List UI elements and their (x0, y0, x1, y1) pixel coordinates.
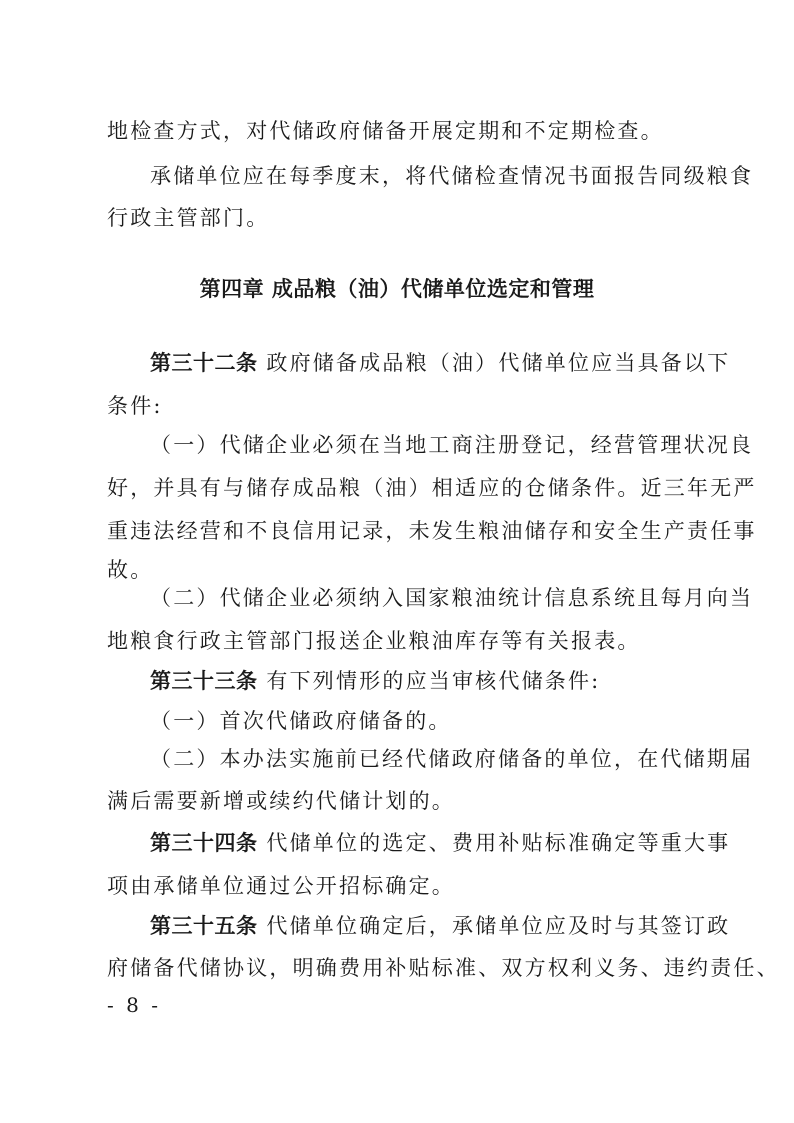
paragraph-line: 项由承储单位通过公开招标确定。 (107, 873, 455, 899)
paragraph-line: 重违法经营和不良信用记录，未发生粮油储存和安全生产责任事 (107, 518, 757, 544)
paragraph-line: 故。 (107, 557, 153, 583)
paragraph-line: 府储备代储协议，明确费用补贴标准、双方权利义务、违约责任、 (107, 955, 780, 981)
article-label: 第三十四条 (150, 831, 258, 855)
article-33-line: 第三十三条 有下列情形的应当审核代储条件: (150, 668, 600, 694)
clause-line: （二）本办法实施前已经代储政府储备的单位，在代储期届 (150, 746, 753, 772)
paragraph-line: 条件: (107, 393, 163, 419)
paragraph-line: 地粮食行政主管部门报送企业粮油库存等有关报表。 (107, 628, 641, 654)
paragraph-line: 行政主管部门。 (107, 205, 269, 231)
clause-line: （一）代储企业必须在当地工商注册登记，经营管理状况良 (150, 432, 753, 458)
paragraph-line: 地检查方式，对代储政府储备开展定期和不定期检查。 (107, 118, 664, 144)
article-35-line: 第三十五条 代储单位确定后，承储单位应及时与其签订政 (150, 913, 730, 939)
article-label: 第三十三条 (150, 669, 258, 693)
article-text: 代储单位确定后，承储单位应及时与其签订政 (258, 914, 731, 938)
article-text: 政府储备成品粮（油）代储单位应当具备以下 (258, 351, 731, 375)
clause-line: （二）代储企业必须纳入国家粮油统计信息系统且每月向当 (150, 585, 753, 611)
clause-line: （一）首次代储政府储备的。 (150, 708, 452, 734)
article-text: 代储单位的选定、费用补贴标准确定等重大事 (258, 831, 731, 855)
article-text: 有下列情形的应当审核代储条件: (258, 669, 601, 693)
article-label: 第三十五条 (150, 914, 258, 938)
paragraph-line: 好，并具有与储存成品粮（油）相适应的仓储条件。近三年无严 (107, 475, 757, 501)
chapter-heading: 第四章 成品粮（油）代储单位选定和管理 (0, 273, 794, 303)
page-number: - 8 - (107, 993, 161, 1017)
article-label: 第三十二条 (150, 351, 258, 375)
paragraph-line: 承储单位应在每季度末，将代储检查情况书面报告同级粮食 (150, 163, 753, 189)
article-32-line: 第三十二条 政府储备成品粮（油）代储单位应当具备以下 (150, 350, 730, 376)
article-34-line: 第三十四条 代储单位的选定、费用补贴标准确定等重大事 (150, 830, 730, 856)
paragraph-line: 满后需要新增或续约代储计划的。 (107, 788, 455, 814)
